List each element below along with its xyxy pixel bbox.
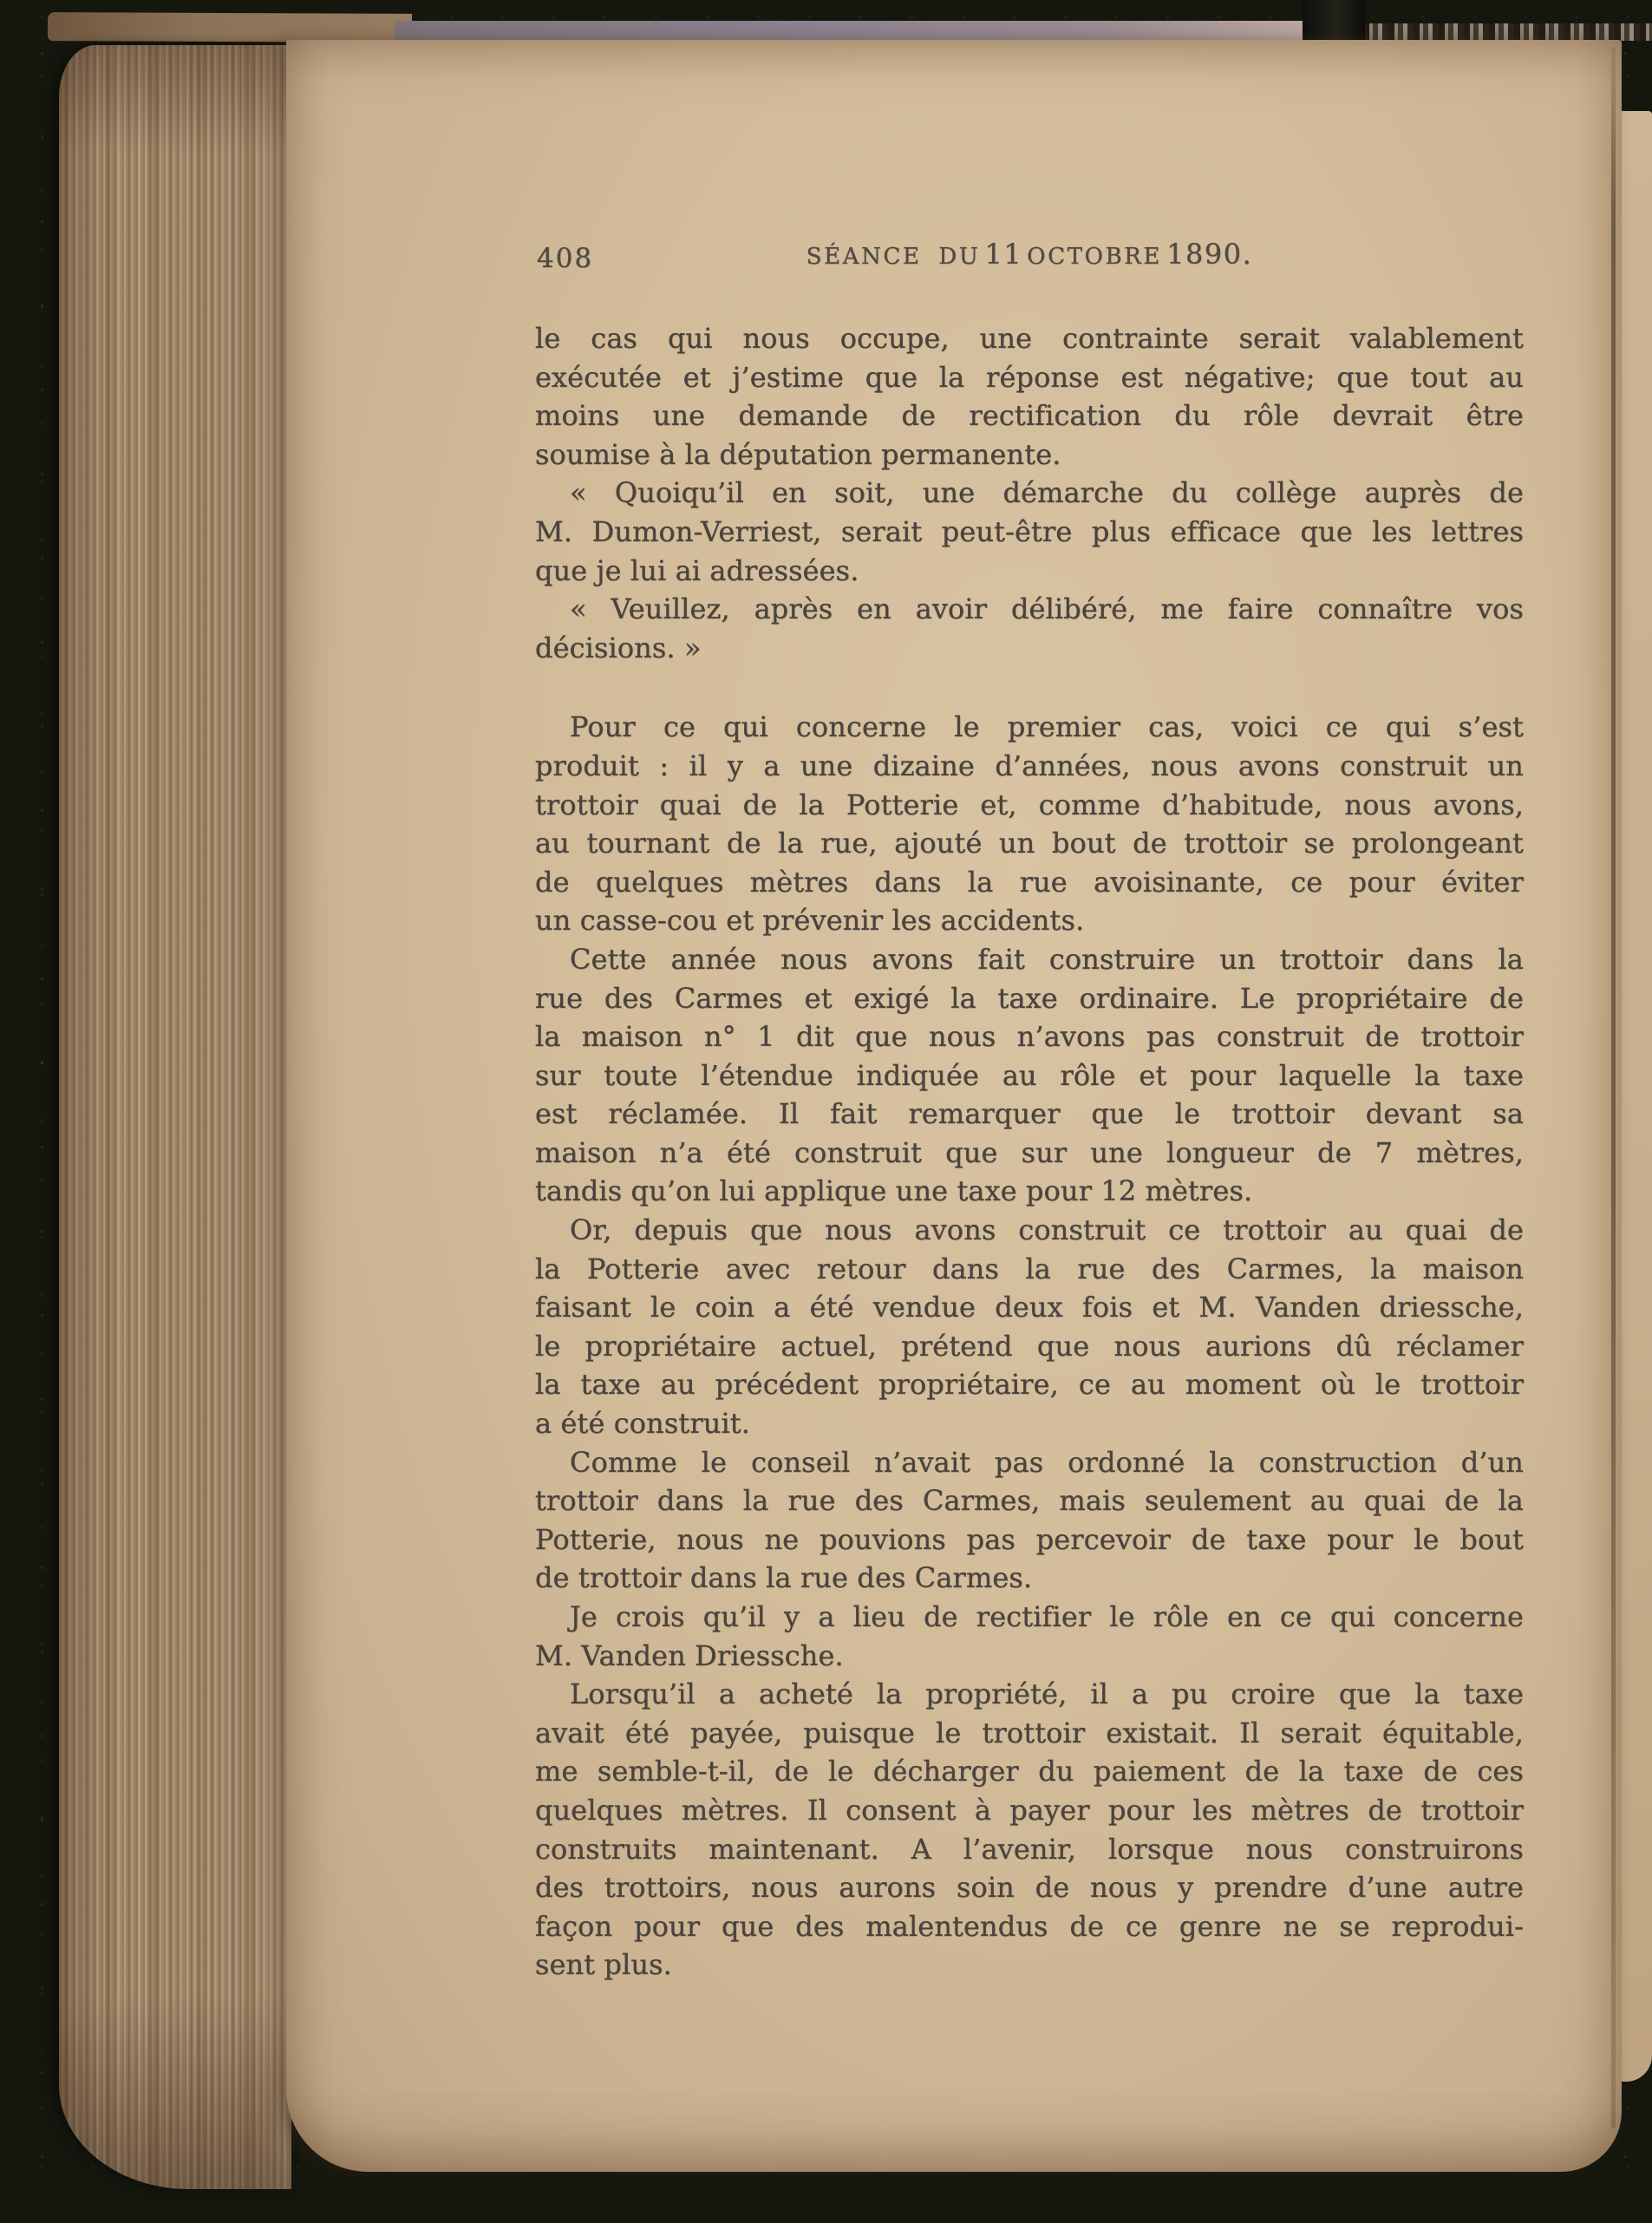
running-title-word: SÉANCE DU xyxy=(806,244,981,270)
text-line: avait été payée, puisque le trottoir exi… xyxy=(535,1714,1524,1753)
text-line: maison n’a été construit que sur une lon… xyxy=(535,1134,1524,1173)
text-line: construits maintenant. A l’avenir, lorsq… xyxy=(535,1830,1524,1869)
text-line: décisions. » xyxy=(535,629,1524,668)
text-line: la Potterie avec retour dans la rue des … xyxy=(535,1250,1524,1289)
paragraph: Cette année nous avons fait construire u… xyxy=(535,940,1524,1211)
paragraph: « Veuillez, après en avoir délibéré, me … xyxy=(535,590,1524,667)
text-line: trottoir dans la rue des Carmes, mais se… xyxy=(535,1481,1524,1520)
paragraph: Or, depuis que nous avons construit ce t… xyxy=(535,1211,1524,1443)
running-title: SÉANCE DU 11 OCTOBRE 1890. xyxy=(535,238,1524,271)
text-line: M. Vanden Driessche. xyxy=(535,1637,1524,1676)
text-line: des trottoirs, nous aurons soin de nous … xyxy=(535,1868,1524,1907)
text-line: le cas qui nous occupe, une contrainte s… xyxy=(535,319,1524,358)
page-content: 408 SÉANCE DU 11 OCTOBRE 1890. le cas qu… xyxy=(535,238,1524,1984)
text-line: trottoir quai de la Potterie et, comme d… xyxy=(535,786,1524,825)
paragraph: Je crois qu’il y a lieu de rectifier le … xyxy=(535,1598,1524,1675)
text-line: de quelques mètres dans la rue avoisinan… xyxy=(535,863,1524,902)
text-line: que je lui ai adressées. xyxy=(535,552,1524,591)
text-line: Or, depuis que nous avons construit ce t… xyxy=(535,1211,1524,1250)
text-line: a été construit. xyxy=(535,1404,1524,1443)
text-line: « Quoiqu’il en soit, une démarche du col… xyxy=(535,474,1524,513)
adjacent-page-edge xyxy=(1618,111,1652,2082)
text-line: le propriétaire actuel, prétend que nous… xyxy=(535,1327,1524,1366)
paragraph: Pour ce qui concerne le premier cas, voi… xyxy=(535,708,1524,940)
page-number: 408 xyxy=(537,243,593,274)
paragraph: Comme le conseil n’avait pas ordonné la … xyxy=(535,1443,1524,1598)
text-line: Je crois qu’il y a lieu de rectifier le … xyxy=(535,1598,1524,1637)
text-line: Lorsqu’il a acheté la propriété, il a pu… xyxy=(535,1675,1524,1714)
page-stack-fore-edge xyxy=(59,45,291,2189)
text-line: la maison n° 1 dit que nous n’avons pas … xyxy=(535,1017,1524,1056)
text-line: est réclamée. Il fait remarquer que le t… xyxy=(535,1095,1524,1134)
book-page: 408 SÉANCE DU 11 OCTOBRE 1890. le cas qu… xyxy=(286,40,1622,2172)
text-line: façon pour que des malentendus de ce gen… xyxy=(535,1907,1524,1946)
running-title-day: 11 xyxy=(984,238,1022,271)
text-line: rue des Carmes et exigé la taxe ordinair… xyxy=(535,979,1524,1018)
page-crease-line xyxy=(1611,47,1616,2128)
text-line: exécutée et j’estime que la réponse est … xyxy=(535,358,1524,397)
paragraph: « Quoiqu’il en soit, une démarche du col… xyxy=(535,474,1524,590)
page-body: le cas qui nous occupe, une contrainte s… xyxy=(535,319,1524,1984)
page-header: 408 SÉANCE DU 11 OCTOBRE 1890. xyxy=(535,238,1524,274)
text-line: Pour ce qui concerne le premier cas, voi… xyxy=(535,708,1524,747)
running-title-month: OCTOBRE xyxy=(1027,244,1162,270)
text-line: « Veuillez, après en avoir délibéré, me … xyxy=(535,590,1524,629)
text-line: Potterie, nous ne pouvions pas percevoir… xyxy=(535,1520,1524,1559)
text-line: moins une demande de rectification du rô… xyxy=(535,396,1524,435)
paragraph: le cas qui nous occupe, une contrainte s… xyxy=(535,319,1524,474)
text-line: un casse-cou et prévenir les accidents. xyxy=(535,901,1524,940)
top-page-edge-band xyxy=(395,21,1342,42)
text-line: me semble-t-il, de le décharger du paiem… xyxy=(535,1752,1524,1791)
text-line: M. Dumon-Verriest, serait peut-être plus… xyxy=(535,513,1524,552)
text-line: soumise à la députation permanente. xyxy=(535,435,1524,474)
binding-stitch-edge xyxy=(1363,23,1652,41)
text-line: tandis qu’on lui applique une taxe pour … xyxy=(535,1172,1524,1211)
text-line: Cette année nous avons fait construire u… xyxy=(535,940,1524,979)
text-line: faisant le coin a été vendue deux fois e… xyxy=(535,1288,1524,1327)
photo-backdrop: { "page": { "header": { "page_number": "… xyxy=(0,0,1652,2223)
book-clamp xyxy=(1303,0,1365,45)
text-line: quelques mètres. Il consent à payer pour… xyxy=(535,1791,1524,1830)
text-line: produit : il y a une dizaine d’années, n… xyxy=(535,747,1524,786)
text-line: de trottoir dans la rue des Carmes. xyxy=(535,1559,1524,1598)
text-line: sent plus. xyxy=(535,1945,1524,1984)
text-line: Comme le conseil n’avait pas ordonné la … xyxy=(535,1443,1524,1482)
text-line: sur toute l’étendue indiquée au rôle et … xyxy=(535,1056,1524,1095)
book-cover-edge xyxy=(48,12,412,42)
paragraph: Lorsqu’il a acheté la propriété, il a pu… xyxy=(535,1675,1524,1984)
running-title-year: 1890. xyxy=(1166,238,1252,271)
text-line: la taxe au précédent propriétaire, ce au… xyxy=(535,1365,1524,1404)
text-line: au tournant de la rue, ajouté un bout de… xyxy=(535,824,1524,863)
